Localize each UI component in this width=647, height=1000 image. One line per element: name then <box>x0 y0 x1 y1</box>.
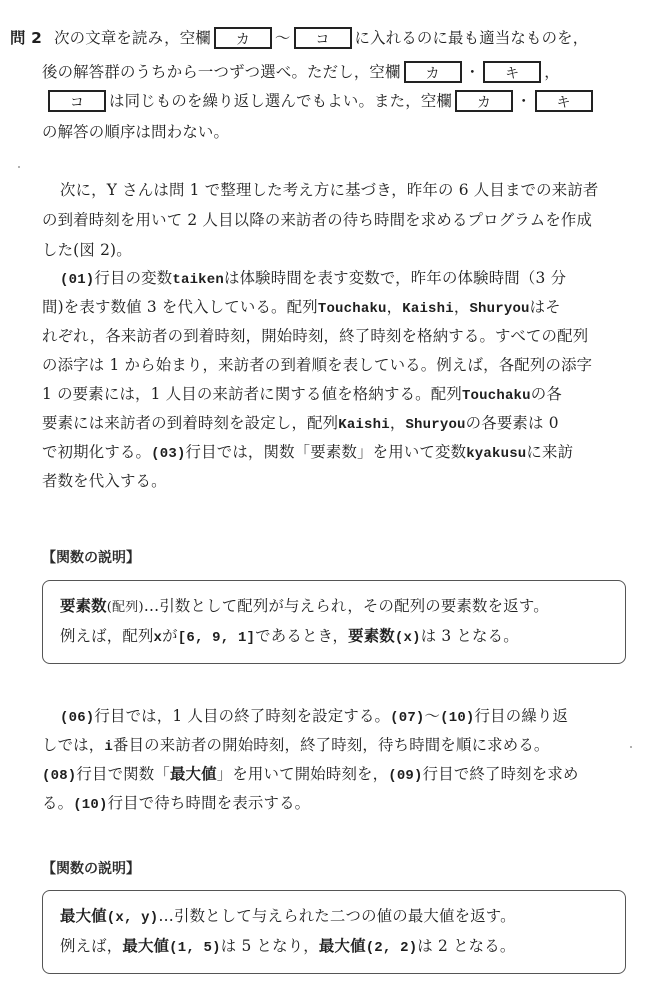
paragraph1-line-1: 次に，Y さんは問 1 で整理した考え方に基づき，昨年の 6 人目までの来訪者 <box>60 180 599 200</box>
function-description-heading: 【関数の説明】 <box>42 858 140 878</box>
question-line-3: コは同じものを繰り返し選んでもよい。また，空欄カ・キ <box>42 91 596 113</box>
paragraph3-line-1: (06)行目では，1 人目の終了時刻を設定する。(07)〜(10)行目の繰り返 <box>60 706 568 728</box>
question-label: 問 2 <box>10 29 42 47</box>
function-example-max: 例えば，最大値(1, 5)は 5 となり，最大値(2, 2)は 2 となる。 <box>60 936 515 958</box>
paragraph2-line-3: れぞれ，各来訪者の到着時刻，開始時刻，終了時刻を格納する。すべての配列 <box>42 326 588 346</box>
paragraph2-line-2: 間)を表す数値 3 を代入している。配列Touchaku，Kaishi，Shur… <box>42 297 561 319</box>
scan-speck <box>18 166 20 168</box>
paragraph3-line-2: しでは，i番目の来訪者の開始時刻，終了時刻，待ち時間を順に求める。 <box>42 735 550 757</box>
paragraph1-line-3: した(図 2)。 <box>42 240 132 260</box>
scan-speck <box>630 746 632 748</box>
paragraph2-line-7: で初期化する。(03)行目では，関数「要素数」を用いて変数kyakusuに来訪 <box>42 442 573 464</box>
paragraph1-line-2: の到着時刻を用いて 2 人目以降の来訪者の待ち時間を求めるプログラムを作成 <box>42 210 592 230</box>
paragraph2-line-1: (01)行目の変数taikenは体験時間を表す変数で，昨年の体験時間（3 分 <box>60 268 566 290</box>
paragraph3-line-3: (08)行目で関数「最大値」を用いて開始時刻を，(09)行目で終了時刻を求め <box>42 764 579 786</box>
blank-ka: カ <box>455 90 513 112</box>
paragraph2-line-4: の添字は 1 から始まり，来訪者の到着順を表している。例えば，各配列の添字 <box>42 355 592 375</box>
blank-ki: キ <box>535 90 593 112</box>
function-description-box-youso <box>42 580 626 664</box>
question-line-1: 問 2次の文章を読み，空欄カ〜コに入れるのに最も適当なものを， <box>10 28 588 50</box>
array-shuryou: Shuryou <box>469 301 529 317</box>
paragraph2-line-8: 者数を代入する。 <box>42 471 167 491</box>
function-definition-max: 最大値(x, y)…引数として与えられた二つの値の最大値を返す。 <box>60 906 516 928</box>
paragraph2-line-6: 要素には来訪者の到着時刻を設定し，配列Kaishi，Shuryouの各要素は 0 <box>42 413 559 435</box>
array-kaishi: Kaishi <box>402 301 454 317</box>
question-line-4: の解答の順序は問わない。 <box>42 122 229 142</box>
question-line-2: 後の解答群のうちから一つずつ選べ。ただし，空欄カ・キ， <box>42 62 560 84</box>
blank-ki: キ <box>483 61 541 83</box>
function-name: 最大値 <box>60 907 107 925</box>
var-kyakusu: kyakusu <box>466 446 526 462</box>
function-definition-youso: 要素数(配列)…引数として配列が与えられ，その配列の要素数を返す。 <box>60 596 549 618</box>
var-taiken: taiken <box>172 272 224 288</box>
blank-ko: コ <box>48 90 106 112</box>
blank-ka: カ <box>214 27 272 49</box>
function-description-heading: 【関数の説明】 <box>42 547 140 567</box>
blank-ka: カ <box>404 61 462 83</box>
function-name: 要素数 <box>60 597 107 615</box>
blank-ko: コ <box>294 27 352 49</box>
function-description-box-max <box>42 890 626 974</box>
array-touchaku: Touchaku <box>318 301 387 317</box>
function-example-youso: 例えば，配列xが[6, 9, 1]であるとき，要素数(x)は 3 となる。 <box>60 626 519 648</box>
paragraph2-line-5: 1 の要素には，1 人目の来訪者に関する値を格納する。配列Touchakuの各 <box>42 384 562 406</box>
paragraph3-line-4: る。(10)行目で待ち時間を表示する。 <box>42 793 310 815</box>
